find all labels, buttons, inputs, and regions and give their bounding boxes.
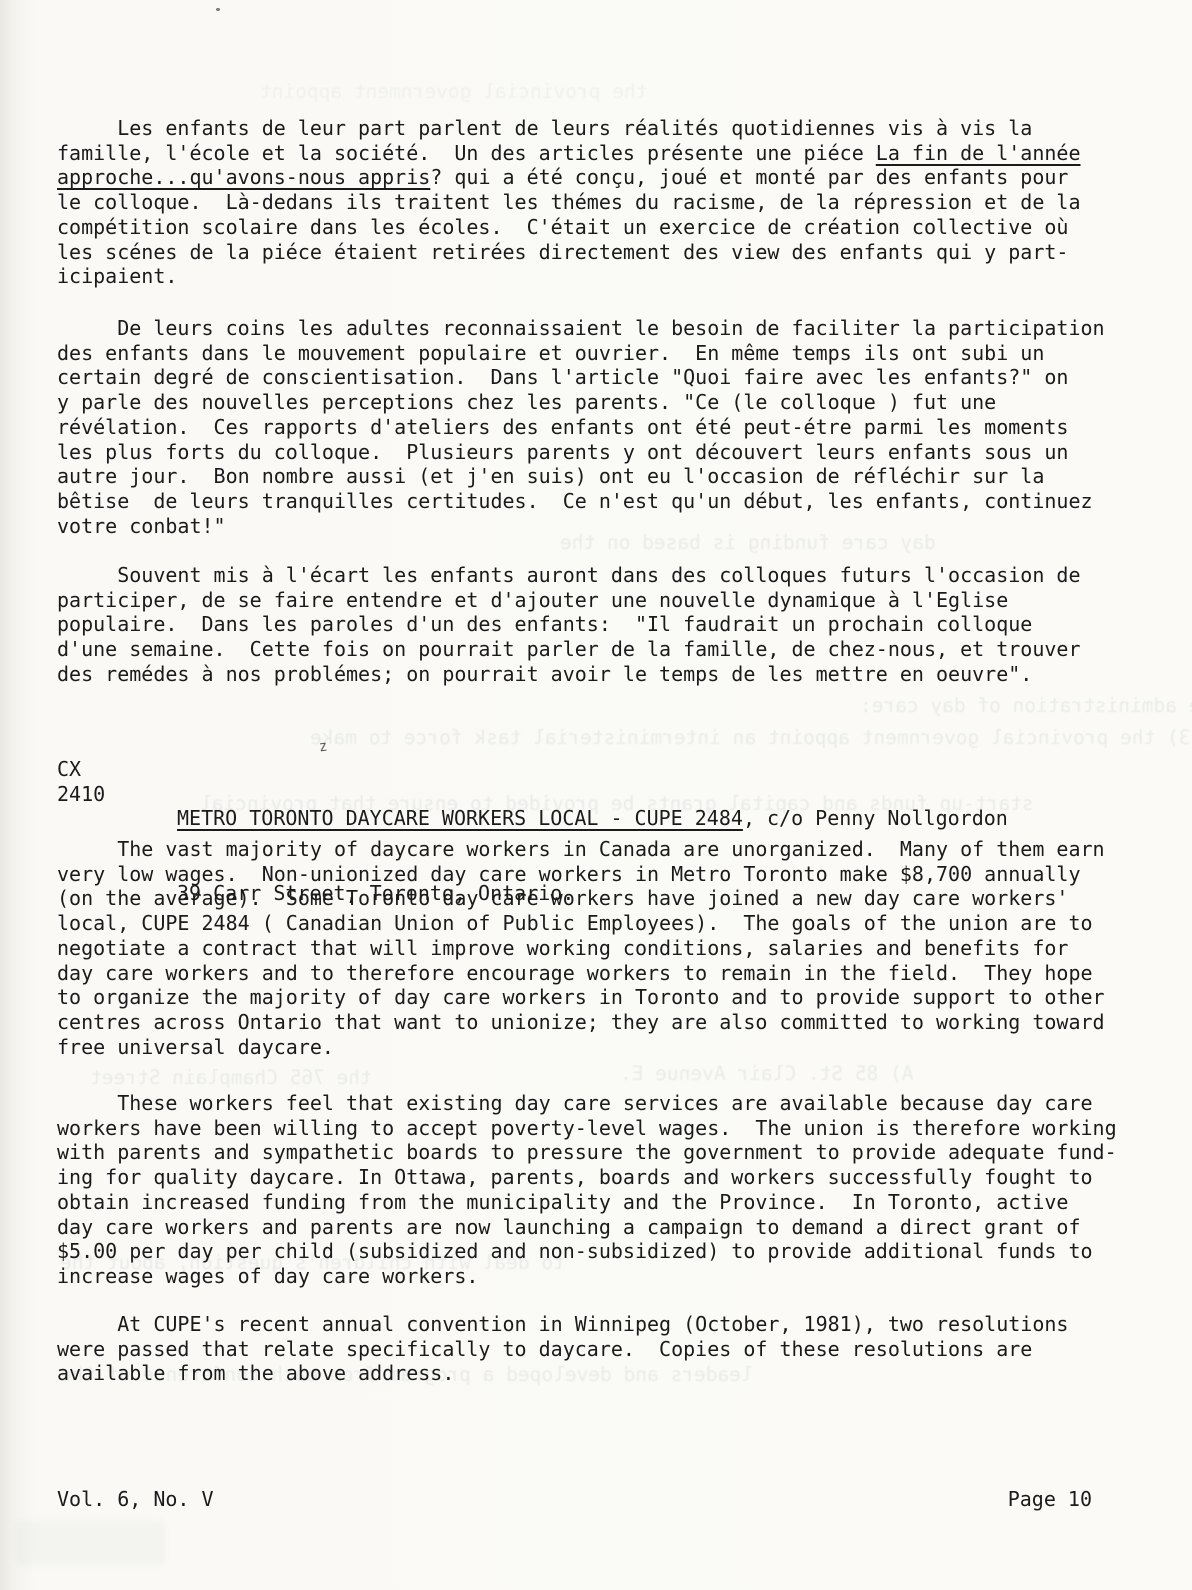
- bleed-through-text: 3) the provincial government appoint an …: [310, 726, 1191, 751]
- volume-label: Vol. 6, No. V: [57, 1487, 214, 1512]
- english-paragraph-1: The vast majority of daycare workers in …: [57, 837, 1105, 1059]
- english-paragraph-3: At CUPE's recent annual convention in Wi…: [57, 1312, 1068, 1386]
- p1-underlined-title-part1: La fin de l'année: [876, 141, 1081, 165]
- french-paragraph-2: De leurs coins les adultes reconnaissaie…: [57, 316, 1105, 538]
- french-paragraph-3: Souvent mis à l'écart les enfants auront…: [57, 563, 1081, 687]
- bleed-through-text: A) 85 St. Clair Avenue E.: [620, 1062, 914, 1087]
- scan-speck: [216, 8, 220, 11]
- entry-title-line: METRO TORONTO DAYCARE WORKERS LOCAL - CU…: [177, 806, 1008, 831]
- bleed-through-text: the provincial government appoint: [260, 80, 647, 105]
- entry-title-suffix: , c/o Penny Nollgordon: [743, 806, 1008, 830]
- entry-title: METRO TORONTO DAYCARE WORKERS LOCAL - CU…: [177, 806, 743, 830]
- page-number: Page 10: [1008, 1487, 1092, 1512]
- bleed-through-blot: [16, 1520, 166, 1566]
- page-footer: Vol. 6, No. V Page 10: [57, 1487, 1092, 1512]
- p1-underlined-title-part2: approche...qu'avons-nous appris: [57, 165, 430, 189]
- french-paragraph-1: Les enfants de leur part parlent de leur…: [57, 116, 1081, 289]
- bleed-through-text: the administration of day care:: [860, 694, 1192, 719]
- bleed-through-text: the 765 Champlain Street: [90, 1066, 372, 1091]
- english-paragraph-2: These workers feel that existing day car…: [57, 1091, 1117, 1289]
- scanned-document-page: the administration of day care: 3) the p…: [0, 0, 1192, 1590]
